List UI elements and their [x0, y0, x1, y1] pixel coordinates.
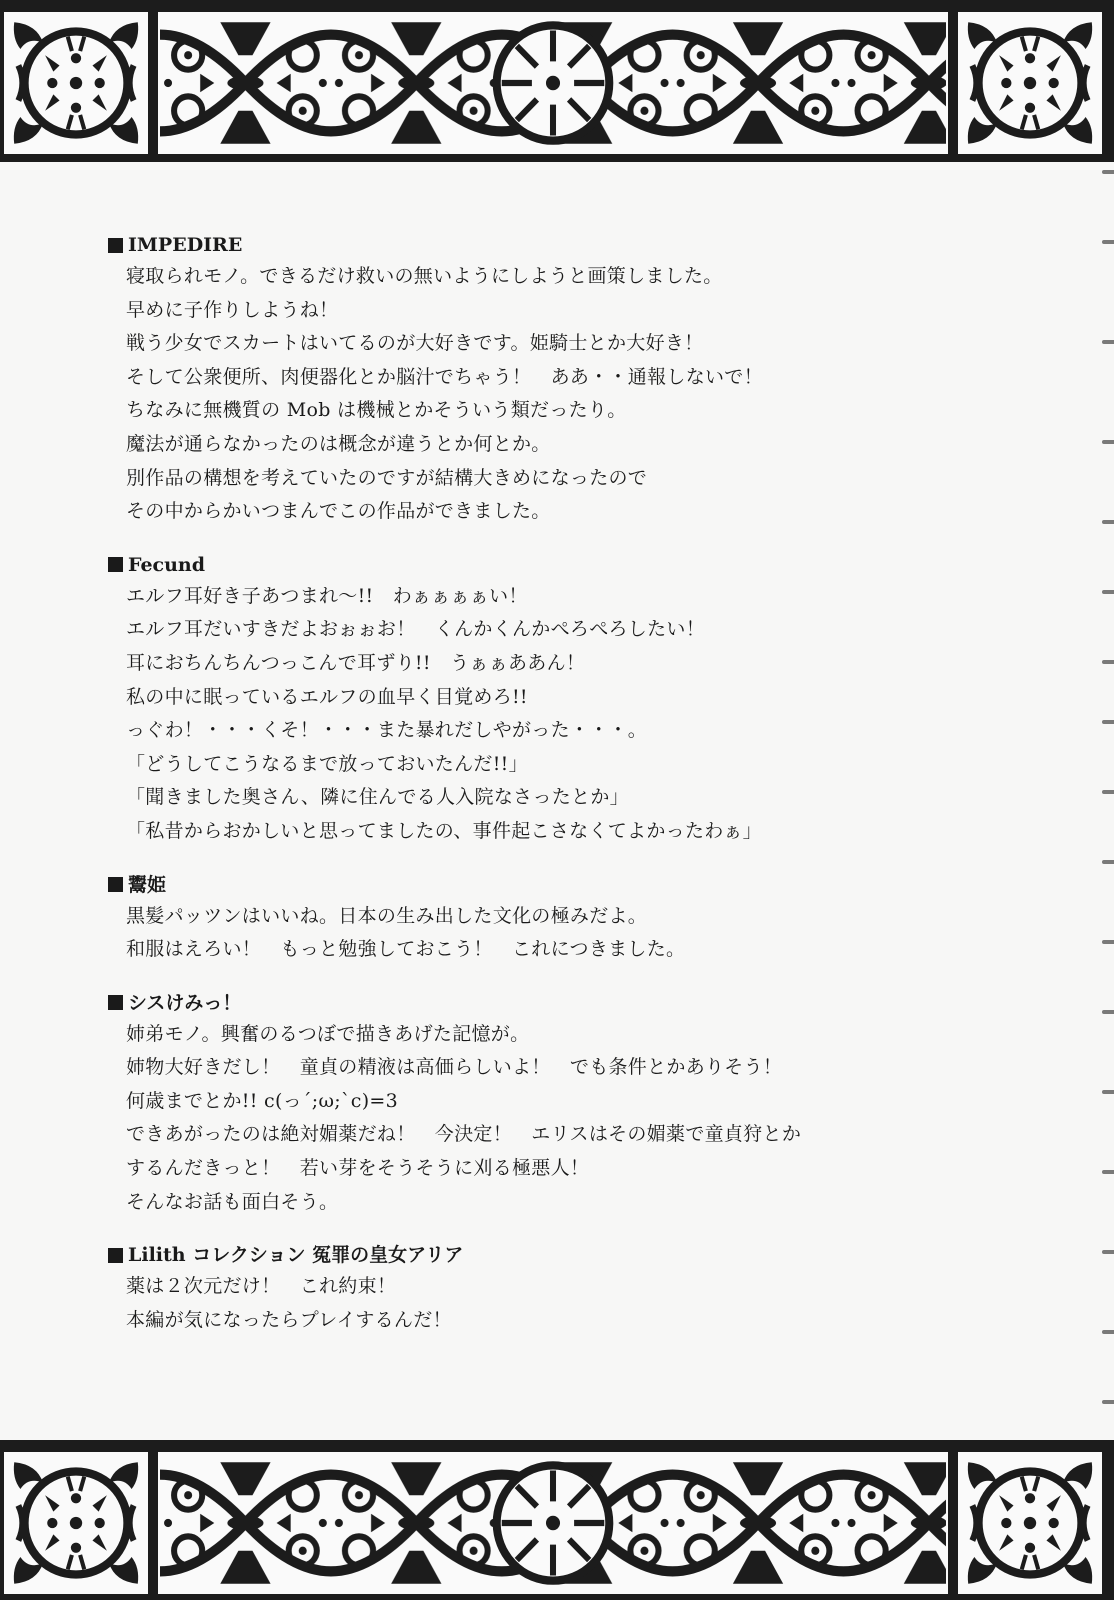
text-line: 魔法が通らなかったのは概念が違うとか何とか。 — [108, 428, 1008, 462]
square-bullet-icon — [108, 877, 123, 892]
ornament-band-center — [158, 12, 948, 154]
text-line: 「私昔からおかしいと思ってましたの、事件起こさなくてよかったわぁ」 — [108, 815, 1008, 849]
text-line: っぐわ！・・・くそ！・・・また暴れだしやがった・・・。 — [108, 714, 1008, 748]
section-title-text: IMPEDIRE — [128, 230, 242, 260]
text-line: するんだきっと！ 若い芽をそうそうに刈る極悪人！ — [108, 1152, 1008, 1186]
text-line: その中からかいつまんでこの作品ができました。 — [108, 495, 1008, 529]
ornament-band-center — [158, 1452, 948, 1594]
text-line: 姉物大好きだし！ 童貞の精液は高価らしいよ！ でも条件とかありそう！ — [108, 1051, 1008, 1085]
text-line: 「どうしてこうなるまで放っておいたんだ!!」 — [108, 748, 1008, 782]
text-line: 姉弟モノ。興奮のるつぼで描きあげた記憶が。 — [108, 1018, 1008, 1052]
square-bullet-icon — [108, 1248, 123, 1263]
square-bullet-icon — [108, 557, 123, 572]
text-line: 黒髪パッツンはいいね。日本の生み出した文化の極みだよ。 — [108, 900, 1008, 934]
section-sisukemi: シスけみっ！ 姉弟モノ。興奮のるつぼで描きあげた記憶が。 姉物大好きだし！ 童貞… — [108, 988, 1008, 1220]
text-line: 和服はえろい！ もっと勉強しておこう！ これにつきました。 — [108, 933, 1008, 967]
section-title-text: Fecund — [128, 550, 205, 580]
text-line: できあがったのは絶対媚薬だね！ 今決定！ エリスはその媚薬で童貞狩とか — [108, 1118, 1008, 1152]
ornament-corner-tile-left — [4, 1452, 148, 1594]
top-ornamental-border — [0, 0, 1114, 162]
section-fecund: Fecund エルフ耳好き子あつまれ～!! わぁぁぁぁい！ エルフ耳だいすきだよ… — [108, 550, 1008, 849]
section-hime: 鬻姫 黒髪パッツンはいいね。日本の生み出した文化の極みだよ。 和服はえろい！ も… — [108, 870, 1008, 967]
square-bullet-icon — [108, 238, 123, 253]
bottom-ornamental-border — [0, 1440, 1114, 1600]
section-lilith-collection: Lilith コレクション 冤罪の皇女アリア 薬は２次元だけ！ これ約束！ 本編… — [108, 1240, 1008, 1337]
text-line: そんなお話も面白そう。 — [108, 1186, 1008, 1220]
ornament-corner-tile-left — [4, 12, 148, 154]
ornament-corner-tile-right — [958, 1452, 1102, 1594]
text-line: ちなみに無機質の Mob は機械とかそういう類だったり。 — [108, 394, 1008, 428]
text-line: そして公衆便所、肉便器化とか脳汁でちゃう！ ああ・・通報しないで！ — [108, 361, 1008, 395]
square-bullet-icon — [108, 995, 123, 1010]
text-line: エルフ耳好き子あつまれ～!! わぁぁぁぁい！ — [108, 580, 1008, 614]
section-title: 鬻姫 — [108, 870, 1008, 900]
section-impedire: IMPEDIRE 寝取られモノ。できるだけ救いの無いようにしようと画策しました。… — [108, 230, 1008, 529]
page-edge-scan-marks — [1100, 160, 1114, 1440]
afterword-content: IMPEDIRE 寝取られモノ。できるだけ救いの無いようにしようと画策しました。… — [108, 230, 1008, 1358]
text-line: 耳におちんちんつっこんで耳ずり!! うぁぁああん！ — [108, 647, 1008, 681]
text-line: 「聞きました奥さん、隣に住んでる人入院なさったとか」 — [108, 781, 1008, 815]
section-title: Fecund — [108, 550, 1008, 580]
section-title-text: 鬻姫 — [128, 870, 166, 900]
text-line: 本編が気になったらプレイするんだ！ — [108, 1304, 1008, 1338]
text-line: 寝取られモノ。できるだけ救いの無いようにしようと画策しました。 — [108, 260, 1008, 294]
text-line: 何歳までとか!! c(っ´;ω;`c)=3 — [108, 1085, 1008, 1119]
section-title-text: Lilith コレクション 冤罪の皇女アリア — [128, 1240, 463, 1270]
ornament-corner-tile-right — [958, 12, 1102, 154]
text-line: 戦う少女でスカートはいてるのが大好きです。姫騎士とか大好き！ — [108, 327, 1008, 361]
text-line: 早めに子作りしようね！ — [108, 294, 1008, 328]
section-title: Lilith コレクション 冤罪の皇女アリア — [108, 1240, 1008, 1270]
text-line: 薬は２次元だけ！ これ約束！ — [108, 1270, 1008, 1304]
section-title: シスけみっ！ — [108, 988, 1008, 1018]
text-line: エルフ耳だいすきだよおぉぉお！ くんかくんかぺろぺろしたい！ — [108, 613, 1008, 647]
section-title-text: シスけみっ！ — [128, 988, 241, 1018]
text-line: 私の中に眠っているエルフの血早く目覚めろ!! — [108, 681, 1008, 715]
text-line: 別作品の構想を考えていたのですが結構大きめになったので — [108, 462, 1008, 496]
section-title: IMPEDIRE — [108, 230, 1008, 260]
